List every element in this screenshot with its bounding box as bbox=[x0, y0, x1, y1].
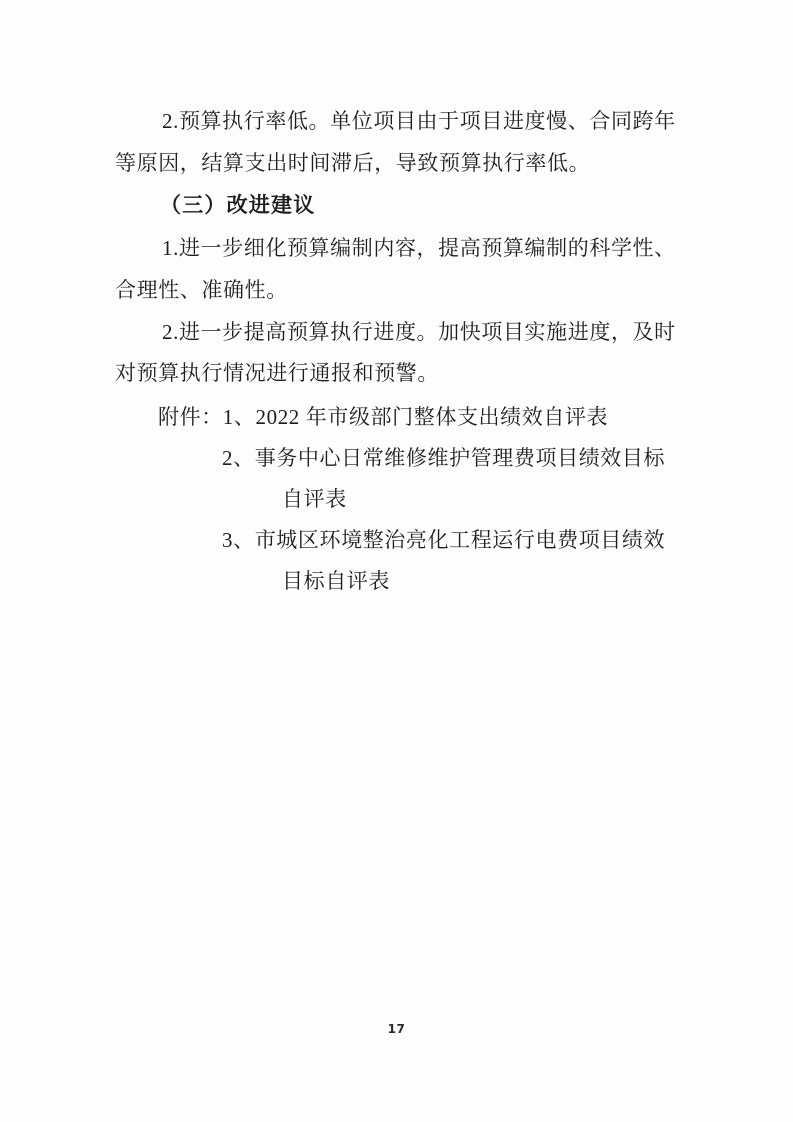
attachment-list-line: 附件：1、2022 年市级部门整体支出绩效自评表 bbox=[158, 405, 608, 429]
page-number: 17 bbox=[0, 1022, 793, 1036]
attachment-list-line: 自评表 bbox=[282, 487, 347, 511]
document-page: 2.预算执行率低。单位项目由于项目进度慢、合同跨年 等原因，结算支出时间滞后，导… bbox=[0, 0, 793, 1122]
paragraph-line: 2.进一步提高预算执行进度。加快项目实施进度，及时 bbox=[162, 320, 676, 344]
paragraph-line: 对预算执行情况进行通报和预警。 bbox=[115, 361, 439, 385]
paragraph-line: 1.进一步细化预算编制内容，提高预算编制的科学性、 bbox=[162, 236, 676, 260]
paragraph-line: 等原因，结算支出时间滞后，导致预算执行率低。 bbox=[115, 151, 590, 175]
attachment-list-line: 目标自评表 bbox=[282, 569, 390, 593]
attachment-list-line: 3、市城区环境整治亮化工程运行电费项目绩效 bbox=[222, 528, 665, 552]
paragraph-line: 合理性、准确性。 bbox=[115, 278, 288, 302]
section-heading: （三）改进建议 bbox=[160, 193, 315, 217]
attachment-list-line: 2、事务中心日常维修维护管理费项目绩效目标 bbox=[222, 446, 665, 470]
paragraph-line: 2.预算执行率低。单位项目由于项目进度慢、合同跨年 bbox=[162, 109, 676, 133]
